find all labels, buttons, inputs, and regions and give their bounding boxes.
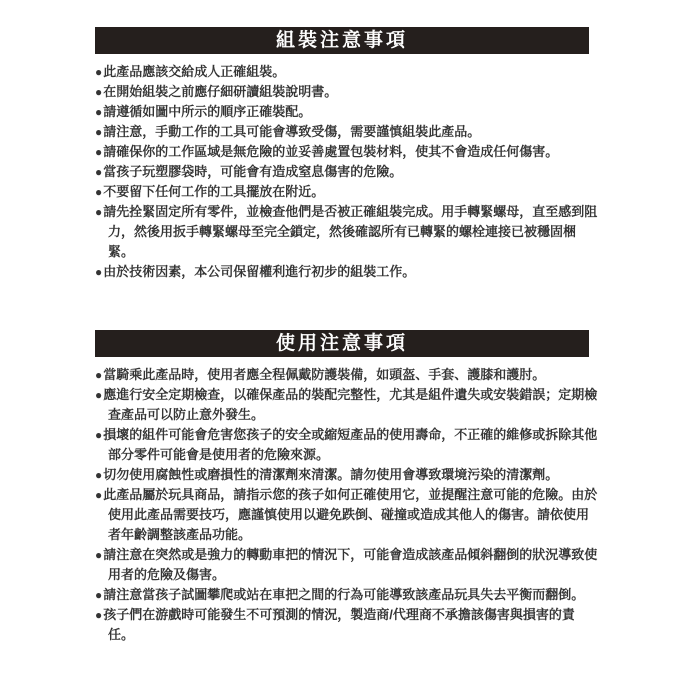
bullet-icon: ● [95,65,102,79]
bullet-icon: ● [95,468,102,482]
assembly-notice-section: 組裝注意事項 ●此產品應該交給成人正確組裝。●在開始組裝之前應仔細研讀組裝說明書… [95,27,589,282]
list-item-text: 此產品屬於玩具商品，請指示您的孩子如何正確使用它，並提醒注意可能的危險。由於使用… [103,487,597,542]
list-item: ●在開始組裝之前應仔細研讀組裝說明書。 [95,82,598,102]
assembly-section-title: 組裝注意事項 [95,27,589,54]
list-item: ●請注意在突然或是強力的轉動車把的情況下，可能會造成該產品傾斜翻倒的狀況導致使用… [95,545,598,585]
list-item: ●此產品屬於玩具商品，請指示您的孩子如何正確使用它，並提醒注意可能的危險。由於使… [95,485,598,545]
list-item: ●請注意當孩子試圖攀爬或站在車把之間的行為可能導致該產品玩具失去平衡而翻倒。 [95,585,598,605]
bullet-icon: ● [95,488,102,502]
list-item: ●此產品應該交給成人正確組裝。 [95,62,598,82]
bullet-icon: ● [95,105,102,119]
bullet-icon: ● [95,185,102,199]
list-item: ●請遵循如圖中所示的順序正確裝配。 [95,102,598,122]
assembly-notice-list: ●此產品應該交給成人正確組裝。●在開始組裝之前應仔細研讀組裝說明書。●請遵循如圖… [95,62,598,282]
usage-notice-list: ●當騎乘此產品時，使用者應全程佩戴防護裝備，如頭盔、手套、護膝和護肘。●應進行安… [95,365,598,645]
list-item-text: 請注意當孩子試圖攀爬或站在車把之間的行為可能導致該產品玩具失去平衡而翻倒。 [103,587,584,602]
list-item-text: 請遵循如圖中所示的順序正確裝配。 [103,104,311,119]
bullet-icon: ● [95,205,102,219]
list-item-text: 請注意在突然或是強力的轉動車把的情況下，可能會造成該產品傾斜翻倒的狀況導致使用者… [103,547,597,582]
bullet-icon: ● [95,548,102,562]
bullet-icon: ● [95,368,102,382]
list-item-text: 孩子們在游戲時可能發生不可預測的情況，製造商/代理商不承擔該傷害與損害的責任。 [103,607,575,642]
list-item: ●請確保你的工作區域是無危險的並妥善處置包裝材料，使其不會造成任何傷害。 [95,142,598,162]
list-item-text: 應進行安全定期檢查，以確保產品的裝配完整性，尤其是組件遺失或安裝錯誤；定期檢查產… [103,387,597,422]
list-item-text: 請確保你的工作區域是無危險的並妥善處置包裝材料，使其不會造成任何傷害。 [103,144,558,159]
list-item-text: 請注意，手動工作的工具可能會導致受傷，需要謹慎組裝此產品。 [103,124,480,139]
list-item: ●不要留下任何工作的工具擺放在附近。 [95,182,598,202]
manual-page: 組裝注意事項 ●此產品應該交給成人正確組裝。●在開始組裝之前應仔細研讀組裝說明書… [0,0,683,683]
list-item-text: 當騎乘此產品時，使用者應全程佩戴防護裝備，如頭盔、手套、護膝和護肘。 [103,367,545,382]
bullet-icon: ● [95,588,102,602]
list-item: ●應進行安全定期檢查，以確保產品的裝配完整性，尤其是組件遺失或安裝錯誤；定期檢查… [95,385,598,425]
bullet-icon: ● [95,388,102,402]
list-item-text: 當孩子玩塑膠袋時，可能會有造成窒息傷害的危險。 [103,164,402,179]
list-item-text: 不要留下任何工作的工具擺放在附近。 [103,184,324,199]
list-item: ●由於技術因素，本公司保留權利進行初步的組裝工作。 [95,262,598,282]
list-item: ●請先拴緊固定所有零件，並檢查他們是否被正確組裝完成。用手轉緊螺母，直至感到阻力… [95,202,598,262]
bullet-icon: ● [95,165,102,179]
list-item-text: 切勿使用腐蝕性或磨損性的清潔劑來清潔。請勿使用會導致環境污染的清潔劑。 [103,467,558,482]
bullet-icon: ● [95,428,102,442]
list-item-text: 在開始組裝之前應仔細研讀組裝說明書。 [103,84,337,99]
bullet-icon: ● [95,125,102,139]
list-item: ●切勿使用腐蝕性或磨損性的清潔劑來清潔。請勿使用會導致環境污染的清潔劑。 [95,465,598,485]
usage-notice-section: 使用注意事項 ●當騎乘此產品時，使用者應全程佩戴防護裝備，如頭盔、手套、護膝和護… [95,330,589,645]
list-item: ●請注意，手動工作的工具可能會導致受傷，需要謹慎組裝此產品。 [95,122,598,142]
bullet-icon: ● [95,265,102,279]
list-item-text: 此產品應該交給成人正確組裝。 [103,64,285,79]
list-item-text: 由於技術因素，本公司保留權利進行初步的組裝工作。 [103,264,415,279]
list-item: ●損壞的組件可能會危害您孩子的安全或縮短產品的使用壽命，不正確的維修或拆除其他部… [95,425,598,465]
list-item: ●孩子們在游戲時可能發生不可預測的情況，製造商/代理商不承擔該傷害與損害的責任。 [95,605,598,645]
list-item: ●當孩子玩塑膠袋時，可能會有造成窒息傷害的危險。 [95,162,598,182]
list-item-text: 請先拴緊固定所有零件，並檢查他們是否被正確組裝完成。用手轉緊螺母，直至感到阻力，… [103,204,597,259]
bullet-icon: ● [95,145,102,159]
list-item: ●當騎乘此產品時，使用者應全程佩戴防護裝備，如頭盔、手套、護膝和護肘。 [95,365,598,385]
bullet-icon: ● [95,85,102,99]
bullet-icon: ● [95,608,102,622]
list-item-text: 損壞的組件可能會危害您孩子的安全或縮短產品的使用壽命，不正確的維修或拆除其他部分… [103,427,597,462]
usage-section-title: 使用注意事項 [95,330,589,357]
